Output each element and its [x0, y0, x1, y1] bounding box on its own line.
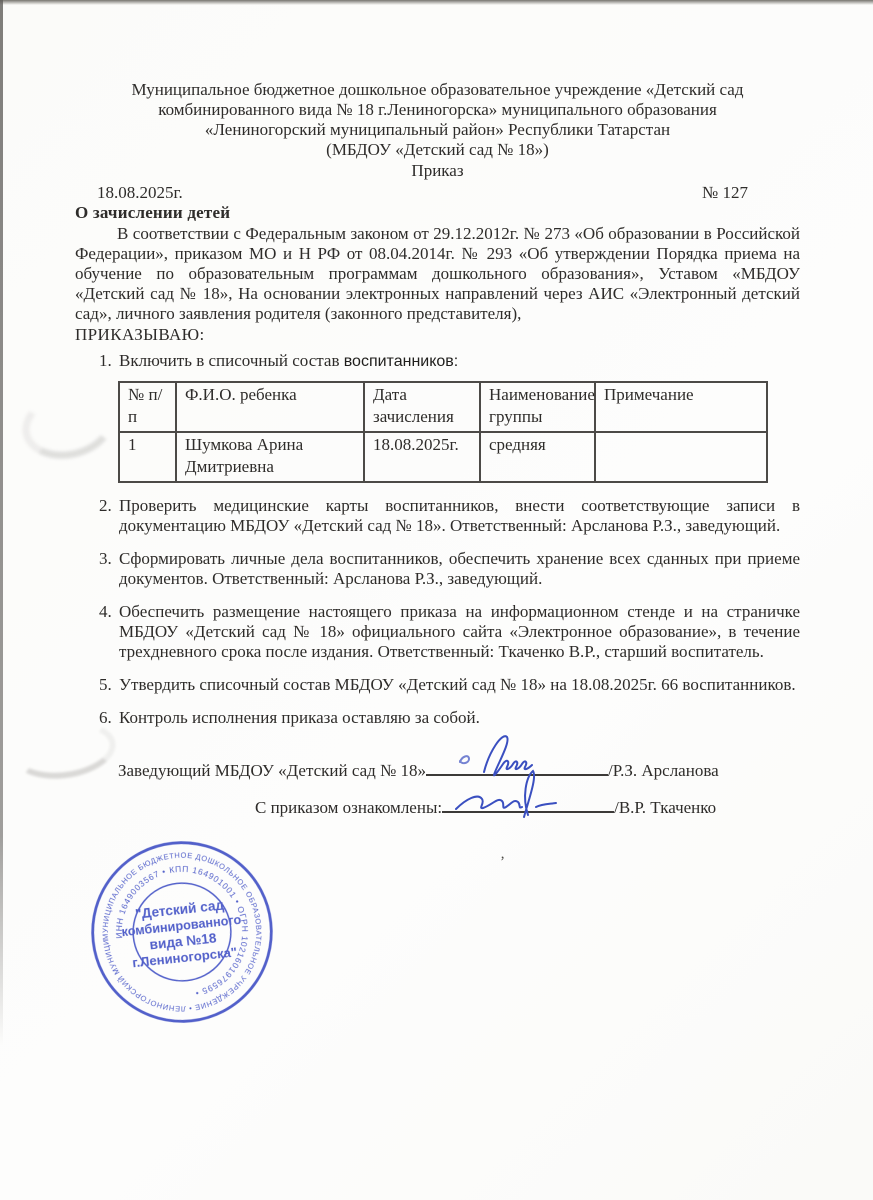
item-number: 1. — [99, 351, 119, 372]
item-text: Контроль исполнения приказа оставляю за … — [119, 708, 800, 728]
preamble-paragraph: В соответствии с Федеральным законом от … — [75, 224, 800, 324]
scan-edge-top — [0, 0, 873, 5]
signature-label: С приказом ознакомлены: — [255, 798, 442, 818]
cell-date: 18.08.2025г. — [364, 432, 480, 482]
order-item-4: 4. Обеспечить размещение настоящего прик… — [99, 602, 800, 662]
table-row: 1 Шумкова Арина Дмитриевна 18.08.2025г. … — [119, 432, 767, 482]
document-body: Муниципальное бюджетное дошкольное образ… — [75, 80, 800, 818]
cell-fio: Шумкова Арина Дмитриевна — [176, 432, 364, 482]
item-text: Сформировать личные дела воспитанников, … — [119, 549, 800, 589]
item-text: Включить в списочный состав воспитаннико… — [119, 351, 800, 372]
scan-edge-left — [0, 0, 3, 1045]
col-header-fio: Ф.И.О. ребенка — [176, 382, 364, 432]
order-subject: О зачислении детей — [75, 203, 800, 223]
organization-header: Муниципальное бюджетное дошкольное образ… — [75, 80, 800, 160]
scan-artifact-mark: ’ — [500, 854, 505, 871]
org-line: Муниципальное бюджетное дошкольное образ… — [75, 80, 800, 100]
item-text-serif: Включить в списочный состав — [119, 351, 339, 370]
col-header-date: Дата зачисления — [364, 382, 480, 432]
order-number: № 127 — [702, 183, 748, 203]
order-item-5: 5. Утвердить списочный состав МБДОУ «Дет… — [99, 675, 800, 695]
table-header-row: № п/п Ф.И.О. ребенка Дата зачисления Наи… — [119, 382, 767, 432]
stamp-center-text: "Детский сад комбинированного вида №18 г… — [119, 896, 245, 971]
item-number: 3. — [99, 549, 119, 589]
order-item-3: 3. Сформировать личные дела воспитаннико… — [99, 549, 800, 589]
item-number: 5. — [99, 675, 119, 695]
signature-row-acquainted: С приказом ознакомлены: /В.Р. Ткаченко — [255, 797, 800, 818]
org-line: «Лениногорский муниципальный район» Респ… — [75, 120, 800, 140]
item-text: Обеспечить размещение настоящего приказа… — [119, 602, 800, 662]
enrollment-table: № п/п Ф.И.О. ребенка Дата зачисления Наи… — [118, 381, 768, 483]
scanned-document-page: ’ Муниципальное бюджетное дошкольное обр… — [0, 0, 873, 1200]
org-line: комбинированного вида № 18 г.Лениногорск… — [75, 100, 800, 120]
signature-name: /В.Р. Ткаченко — [614, 798, 716, 818]
signature-label: Заведующий МБДОУ «Детский сад № 18» — [118, 761, 426, 781]
cell-npp: 1 — [119, 432, 176, 482]
official-round-stamp: МУНИЦИПАЛЬНОЕ БЮДЖЕТНОЕ ДОШКОЛЬНОЕ ОБРАЗ… — [88, 838, 276, 1026]
signature-name: /Р.З. Арсланова — [608, 761, 719, 781]
order-word: ПРИКАЗЫВАЮ: — [75, 325, 800, 345]
item-number: 4. — [99, 602, 119, 662]
item-text-sans: воспитанников: — [344, 353, 459, 370]
cell-group: средняя — [480, 432, 595, 482]
col-header-note: Примечание — [595, 382, 767, 432]
item-text: Утвердить списочный состав МБДОУ «Детски… — [119, 675, 800, 695]
order-item-1: 1. Включить в списочный состав воспитанн… — [99, 351, 800, 372]
document-type-title: Приказ — [75, 161, 800, 181]
item-number: 6. — [99, 708, 119, 728]
col-header-npp: № п/п — [119, 382, 176, 432]
order-date: 18.08.2025г. — [97, 183, 183, 203]
org-line: (МБДОУ «Детский сад № 18») — [75, 140, 800, 160]
order-item-2: 2. Проверить медицинские карты воспитанн… — [99, 496, 800, 536]
date-number-row: 18.08.2025г. № 127 — [75, 181, 800, 203]
cell-note — [595, 432, 767, 482]
handwritten-signature-tkachenko — [448, 765, 578, 823]
order-item-6: 6. Контроль исполнения приказа оставляю … — [99, 708, 800, 728]
col-header-group: Наименование группы — [480, 382, 595, 432]
item-number: 2. — [99, 496, 119, 536]
signature-line — [442, 797, 614, 813]
item-text: Проверить медицинские карты воспитаннико… — [119, 496, 800, 536]
